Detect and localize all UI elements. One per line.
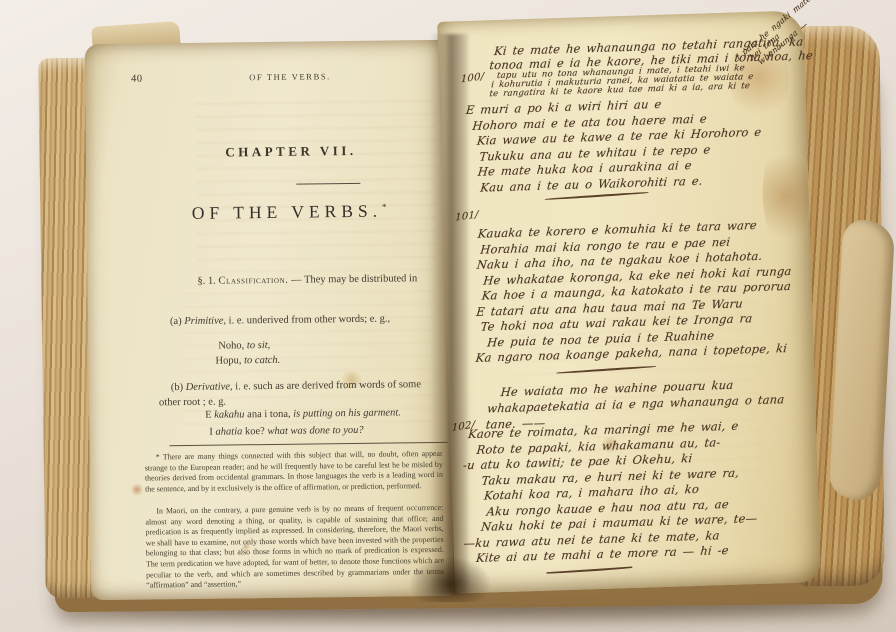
list-item-a: (a) Primitive, i. e. underived from othe… — [158, 312, 450, 330]
stanza-100-interline: tapu utu no tona whanaunga i mate, i tet… — [497, 64, 754, 99]
footnote-marker: * — [382, 202, 392, 212]
gutter-shadow — [430, 34, 468, 594]
stanza-divider-rule — [556, 365, 656, 373]
showthrough-text-ghost — [195, 100, 437, 273]
maori-word: ana i tona, — [244, 409, 293, 421]
page-title: OF THE VERBS.* — [149, 200, 435, 224]
example-line: I ahatia koe? what was done to you? — [209, 424, 363, 440]
photo-backdrop: 40 OF THE VERBS. CHAPTER VII. OF THE VER… — [0, 0, 896, 632]
intro-rest: — They may be distributed in — [288, 273, 417, 286]
example-line: E kakahu ana i tona, is putting on his g… — [205, 406, 401, 423]
end-flourish-rule — [546, 567, 632, 574]
gloss: to catch. — [244, 355, 280, 366]
classification-term: Classification. — [218, 275, 288, 287]
section-intro: §. 1. Classification. — They may be dist… — [157, 272, 437, 290]
gloss: is putting on his garment. — [293, 407, 401, 419]
example-line: Noho, to sit, — [218, 339, 270, 354]
foxing-stain — [130, 484, 144, 496]
chapter-heading: CHAPTER VII. — [148, 142, 434, 161]
gloss: what was done to you? — [267, 425, 363, 437]
item-b-label: (b) — [171, 382, 186, 393]
item-a-label: (a) — [170, 316, 184, 327]
footnote-rule — [170, 442, 448, 446]
maori-word: koe? — [242, 426, 267, 437]
maori-word: Hopu, — [215, 355, 244, 366]
stanza-102: Kaore te roimata, ka maringi me he wai, … — [468, 418, 759, 566]
maori-word: kakahu — [214, 409, 244, 420]
example-line: Hopu, to catch. — [215, 354, 280, 369]
maori-word: Noho, — [218, 340, 247, 351]
right-page: 100/ Ki te mate he whanaunga no tetahi r… — [437, 10, 821, 593]
item-a-term: Primitive, — [184, 316, 226, 328]
page-title-text: OF THE VERBS. — [192, 201, 383, 223]
left-page: 40 OF THE VERBS. CHAPTER VII. OF THE VER… — [85, 40, 454, 600]
footnote-paragraph: * There are many things connected with t… — [145, 449, 443, 495]
page-number: 40 — [131, 74, 143, 85]
gloss: to sit, — [247, 340, 270, 351]
maori-word: ahatia — [215, 426, 242, 437]
running-header: OF THE VERBS. — [147, 70, 433, 83]
maori-word: E — [205, 410, 214, 421]
stanza-101: Kauaka te korero e komuhia ki te tara wa… — [478, 217, 795, 366]
footnote-paragraph: In Maori, on the contrary, a pure genuin… — [145, 503, 444, 591]
stanza-100-song: E muri a po ki a wiri hiri au e Hohoro m… — [466, 94, 763, 196]
section-symbol: §. 1. — [197, 276, 218, 287]
section-rule — [296, 183, 360, 185]
gutter-bottom-shadow — [408, 556, 492, 602]
item-b-term: Derivative, — [186, 381, 233, 393]
item-a-text: i. e. underived from other words; e. g., — [226, 314, 390, 327]
